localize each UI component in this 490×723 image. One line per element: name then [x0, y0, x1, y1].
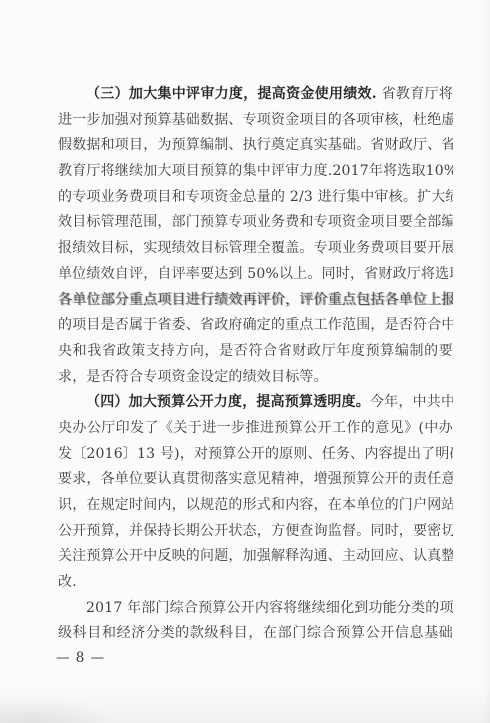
text-line: 发〔2016〕13 号)，对预算公开的原则、任务、内容提出了明确 — [58, 442, 453, 468]
text-line: 报绩效目标，实现绩效目标管理全覆盖。专项业务费项目要开展 — [58, 236, 453, 262]
text-segment: 今年，中共中 — [370, 394, 453, 410]
text-line: 央和我省政策支持方向，是否符合省财政厅年度预算编制的要 — [58, 339, 453, 365]
text-line: 要求，各单位要认真贯彻落实意见精神，增强预算公开的责任意 — [58, 467, 453, 493]
text-segment: 省教育厅将 — [377, 86, 453, 102]
scanned-document-page: （三）加大集中评审力度，提高资金使用绩效. 省教育厅将 进一步加强对预算基础数据… — [0, 0, 490, 723]
text-line: 求，是否符合专项资金设定的绩效目标等。 — [58, 365, 453, 391]
text-line-heading-4: （四）加大预算公开力度，提高预算透明度。今年，中共中 — [58, 390, 453, 416]
scan-shadow-bottom — [0, 689, 490, 723]
text-line: 2017 年部门综合预算公开内容将继续细化到功能分类的项 — [58, 596, 453, 622]
text-line: 假数据和项目，为预算编制、执行奠定真实基础。省财政厅、省 — [58, 133, 453, 159]
text-line: 关注预算公开中反映的问题，加强解释沟通、主动回应、认真整 — [58, 544, 453, 570]
page-number: — 8 — — [56, 648, 105, 668]
section-heading: （三）加大集中评审力度，提高资金使用绩效. — [86, 86, 377, 102]
text-line: 的专项业务费项目和专项资金总量的 2/3 进行集中审核。扩大绩 — [58, 185, 453, 211]
text-line: 识，在规定时间内，以规范的形式和内容，在本单位的门户网站 — [58, 493, 453, 519]
text-line: 进一步加强对预算基础数据、专项资金项目的各项审核，杜绝虚 — [58, 108, 453, 134]
text-line: 教育厅将继续加大项目预算的集中评审力度.2017年将选取10% — [58, 159, 453, 185]
text-line-ghosted: 各单位部分重点项目进行绩效再评价，评价重点包括各单位上报 — [58, 288, 453, 314]
text-line: 效目标管理范围，部门预算专项业务费和专项资金项目要全部编 — [58, 210, 453, 236]
text-line: 的项目是否属于省委、省政府确定的重点工作范围，是否符合中 — [58, 313, 453, 339]
scan-shadow-right — [483, 0, 490, 723]
text-line: 级科目和经济分类的款级科目，在部门综合预算公开信息基础 — [58, 621, 453, 647]
text-line: 公开预算，并保持长期公开状态，方便查询监督。同时，要密切 — [58, 519, 453, 545]
text-line-heading-3: （三）加大集中评审力度，提高资金使用绩效. 省教育厅将 — [58, 82, 453, 108]
document-body: （三）加大集中评审力度，提高资金使用绩效. 省教育厅将 进一步加强对预算基础数据… — [58, 82, 453, 647]
section-heading: （四）加大预算公开力度，提高预算透明度。 — [86, 394, 370, 410]
text-line: 改. — [58, 570, 453, 596]
text-line: 单位绩效自评，自评率要达到 50%以上。同时，省财政厅将选取 — [58, 262, 453, 288]
text-line: 央办公厅印发了《关于进一步推进预算公开工作的意见》(中办 — [58, 416, 453, 442]
